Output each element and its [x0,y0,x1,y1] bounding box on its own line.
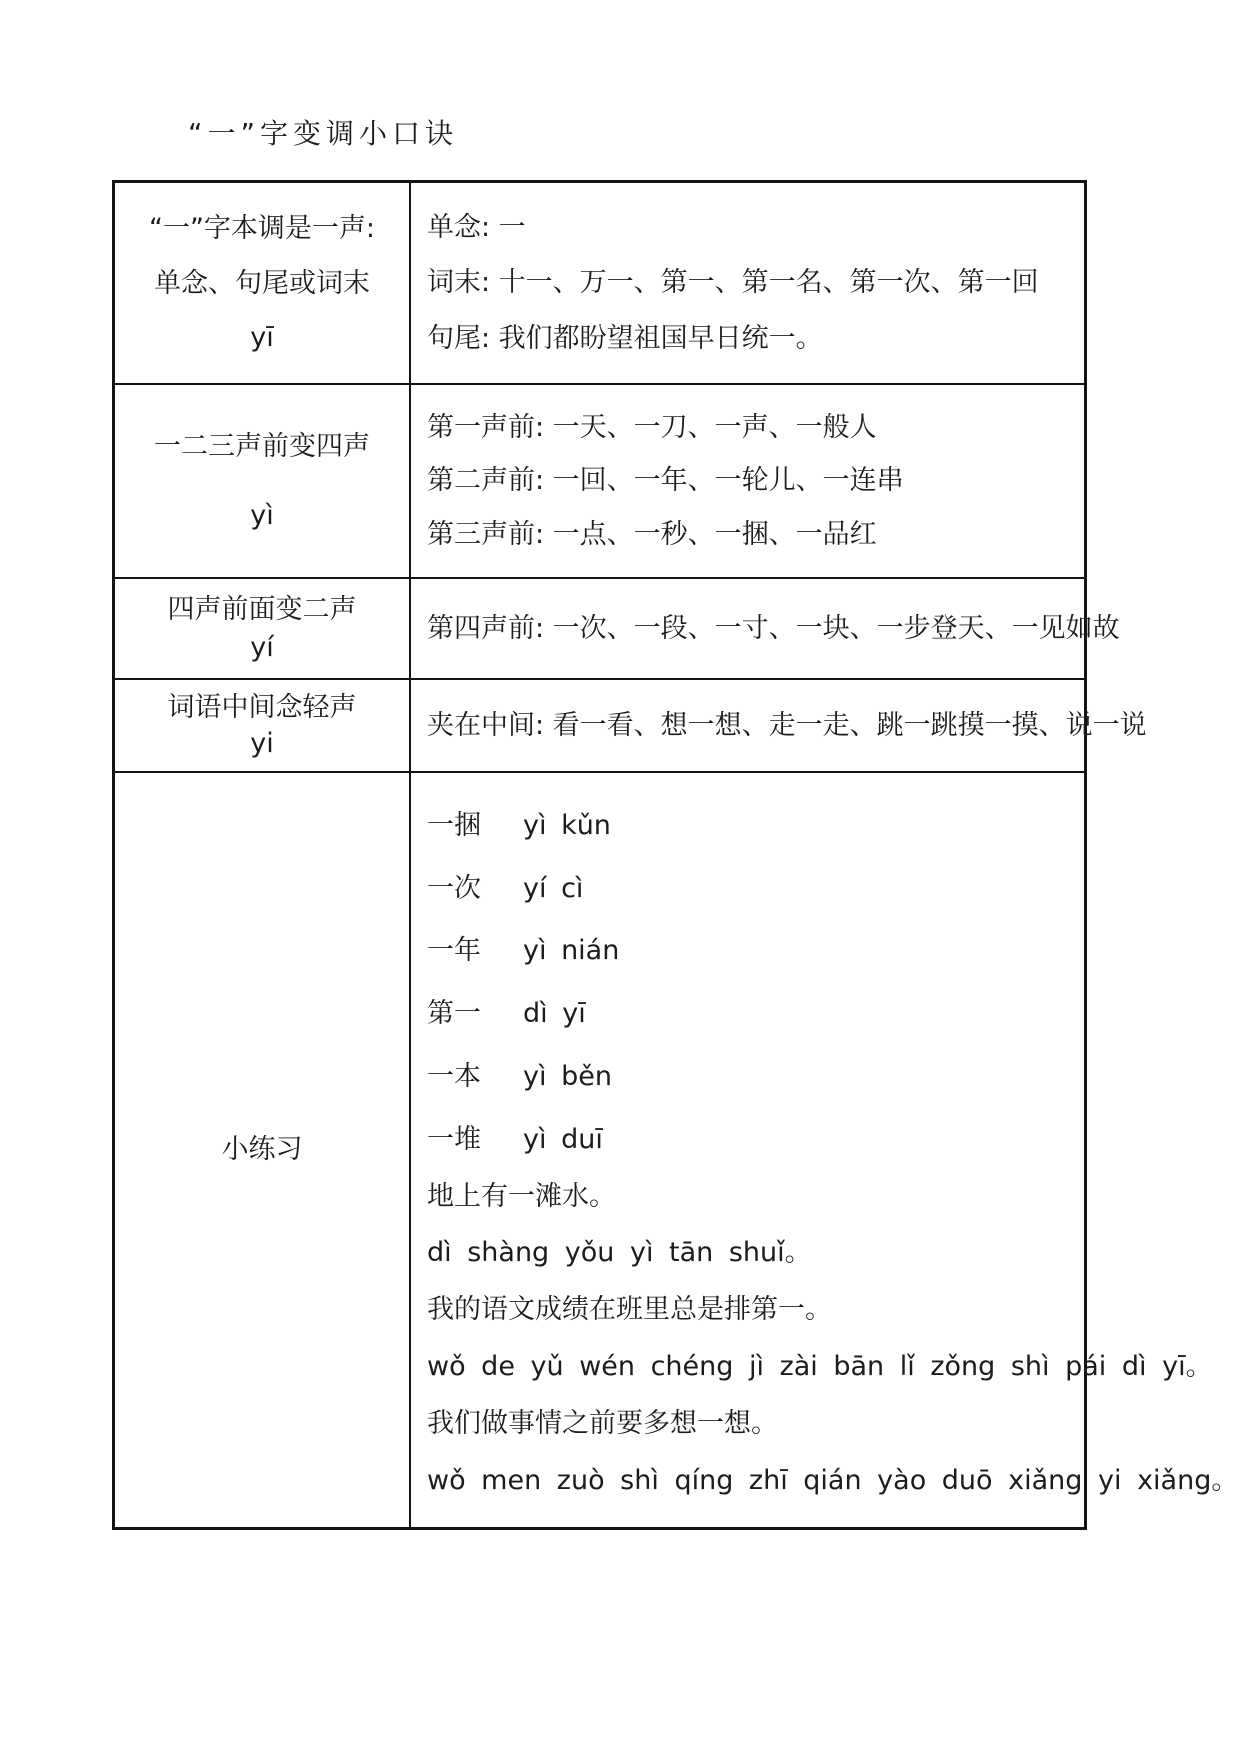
word-hanzi: 一年 [427,928,523,967]
content-line: 单念: 一 [427,211,526,245]
row-content-cell: 第四声前: 一次、一段、一寸、一块、一步登天、一见如故 [411,579,1130,678]
row-content-cell: 一捆 yì kǔn 一次 yí cì 一年 yì nián 第一 dì yī 一… [411,773,1242,1527]
header-line: 小练习 [222,1133,303,1167]
document-title: “一”字变调小口诀 [188,112,458,152]
document-page: “一”字变调小口诀 “一”字本调是一声: 单念、句尾或词末 yī 单念: 一 词… [0,0,1242,1756]
content-line: 夹在中间: 看一看、想一想、走一走、跳一跳摸一摸、说一说 [427,709,1147,743]
header-line: “一”字本调是一声: [149,212,375,246]
header-line: 词语中间念轻声 [168,691,357,725]
practice-word-item: 第一 dì yī [427,991,586,1030]
word-hanzi: 一次 [427,866,523,905]
word-pinyin: yì běn [523,1061,612,1092]
content-line: 句尾: 我们都盼望祖国早日统一。 [427,322,823,356]
word-pinyin: yì nián [523,935,619,966]
practice-sentence: 我的语文成绩在班里总是排第一。 [427,1293,832,1327]
word-pinyin: yì kǔn [523,810,611,841]
word-hanzi: 第一 [427,991,523,1030]
practice-word-item: 一捆 yì kǔn [427,803,611,842]
word-pinyin: dì yī [523,998,586,1029]
table-row-neutral-tone: 词语中间念轻声 yi 夹在中间: 看一看、想一想、走一走、跳一跳摸一摸、说一说 [115,678,1084,771]
row-content-cell: 单念: 一 词末: 十一、万一、第一、第一名、第一次、第一回 句尾: 我们都盼望… [411,183,1084,383]
header-line: 单念、句尾或词末 [154,267,370,301]
word-hanzi: 一堆 [427,1117,523,1156]
table-row-second-tone: 四声前面变二声 yí 第四声前: 一次、一段、一寸、一块、一步登天、一见如故 [115,577,1084,678]
row-header-cell: 词语中间念轻声 yi [115,680,411,771]
header-pinyin: yì [250,500,273,532]
header-pinyin: yī [250,322,273,354]
table-row-base-tone: “一”字本调是一声: 单念、句尾或词末 yī 单念: 一 词末: 十一、万一、第… [115,183,1084,383]
row-header-cell: 小练习 [115,773,411,1527]
practice-word-item: 一堆 yì duī [427,1117,603,1156]
practice-word-item: 一次 yí cì [427,866,583,905]
word-hanzi: 一捆 [427,803,523,842]
content-line: 第三声前: 一点、一秒、一捆、一品红 [427,518,877,552]
content-line: 第一声前: 一天、一刀、一声、一般人 [427,411,877,445]
row-content-cell: 第一声前: 一天、一刀、一声、一般人 第二声前: 一回、一年、一轮儿、一连串 第… [411,385,1084,577]
word-hanzi: 一本 [427,1054,523,1093]
word-pinyin: yì duī [523,1124,603,1155]
header-pinyin: yi [250,728,273,760]
header-pinyin: yí [250,632,273,664]
practice-sentence-pinyin: dì shàng yǒu yì tān shuǐ。 [427,1237,812,1269]
practice-sentence: 我们做事情之前要多想一想。 [427,1407,778,1441]
practice-word-item: 一年 yì nián [427,928,619,967]
content-line: 词末: 十一、万一、第一、第一名、第一次、第一回 [427,266,1039,300]
header-line: 一二三声前变四声 [154,430,370,464]
practice-sentence: 地上有一滩水。 [427,1180,616,1214]
table-row-fourth-tone: 一二三声前变四声 yì 第一声前: 一天、一刀、一声、一般人 第二声前: 一回、… [115,383,1084,577]
row-header-cell: 一二三声前变四声 yì [115,385,411,577]
table-row-practice: 小练习 一捆 yì kǔn 一次 yí cì 一年 yì nián 第一 dì … [115,771,1084,1527]
content-line: 第二声前: 一回、一年、一轮儿、一连串 [427,464,904,498]
row-header-cell: 四声前面变二声 yí [115,579,411,678]
row-content-cell: 夹在中间: 看一看、想一想、走一走、跳一跳摸一摸、说一说 [411,680,1157,771]
practice-sentence-pinyin: wǒ de yǔ wén chéng jì zài bān lǐ zǒng sh… [427,1351,1213,1383]
tone-change-table: “一”字本调是一声: 单念、句尾或词末 yī 单念: 一 词末: 十一、万一、第… [112,180,1087,1530]
practice-sentence-pinyin: wǒ men zuò shì qíng zhī qián yào duō xiǎ… [427,1465,1238,1497]
content-line: 第四声前: 一次、一段、一寸、一块、一步登天、一见如故 [427,612,1120,646]
row-header-cell: “一”字本调是一声: 单念、句尾或词末 yī [115,183,411,383]
header-line: 四声前面变二声 [168,593,357,627]
word-pinyin: yí cì [523,873,583,904]
practice-word-item: 一本 yì běn [427,1054,612,1093]
